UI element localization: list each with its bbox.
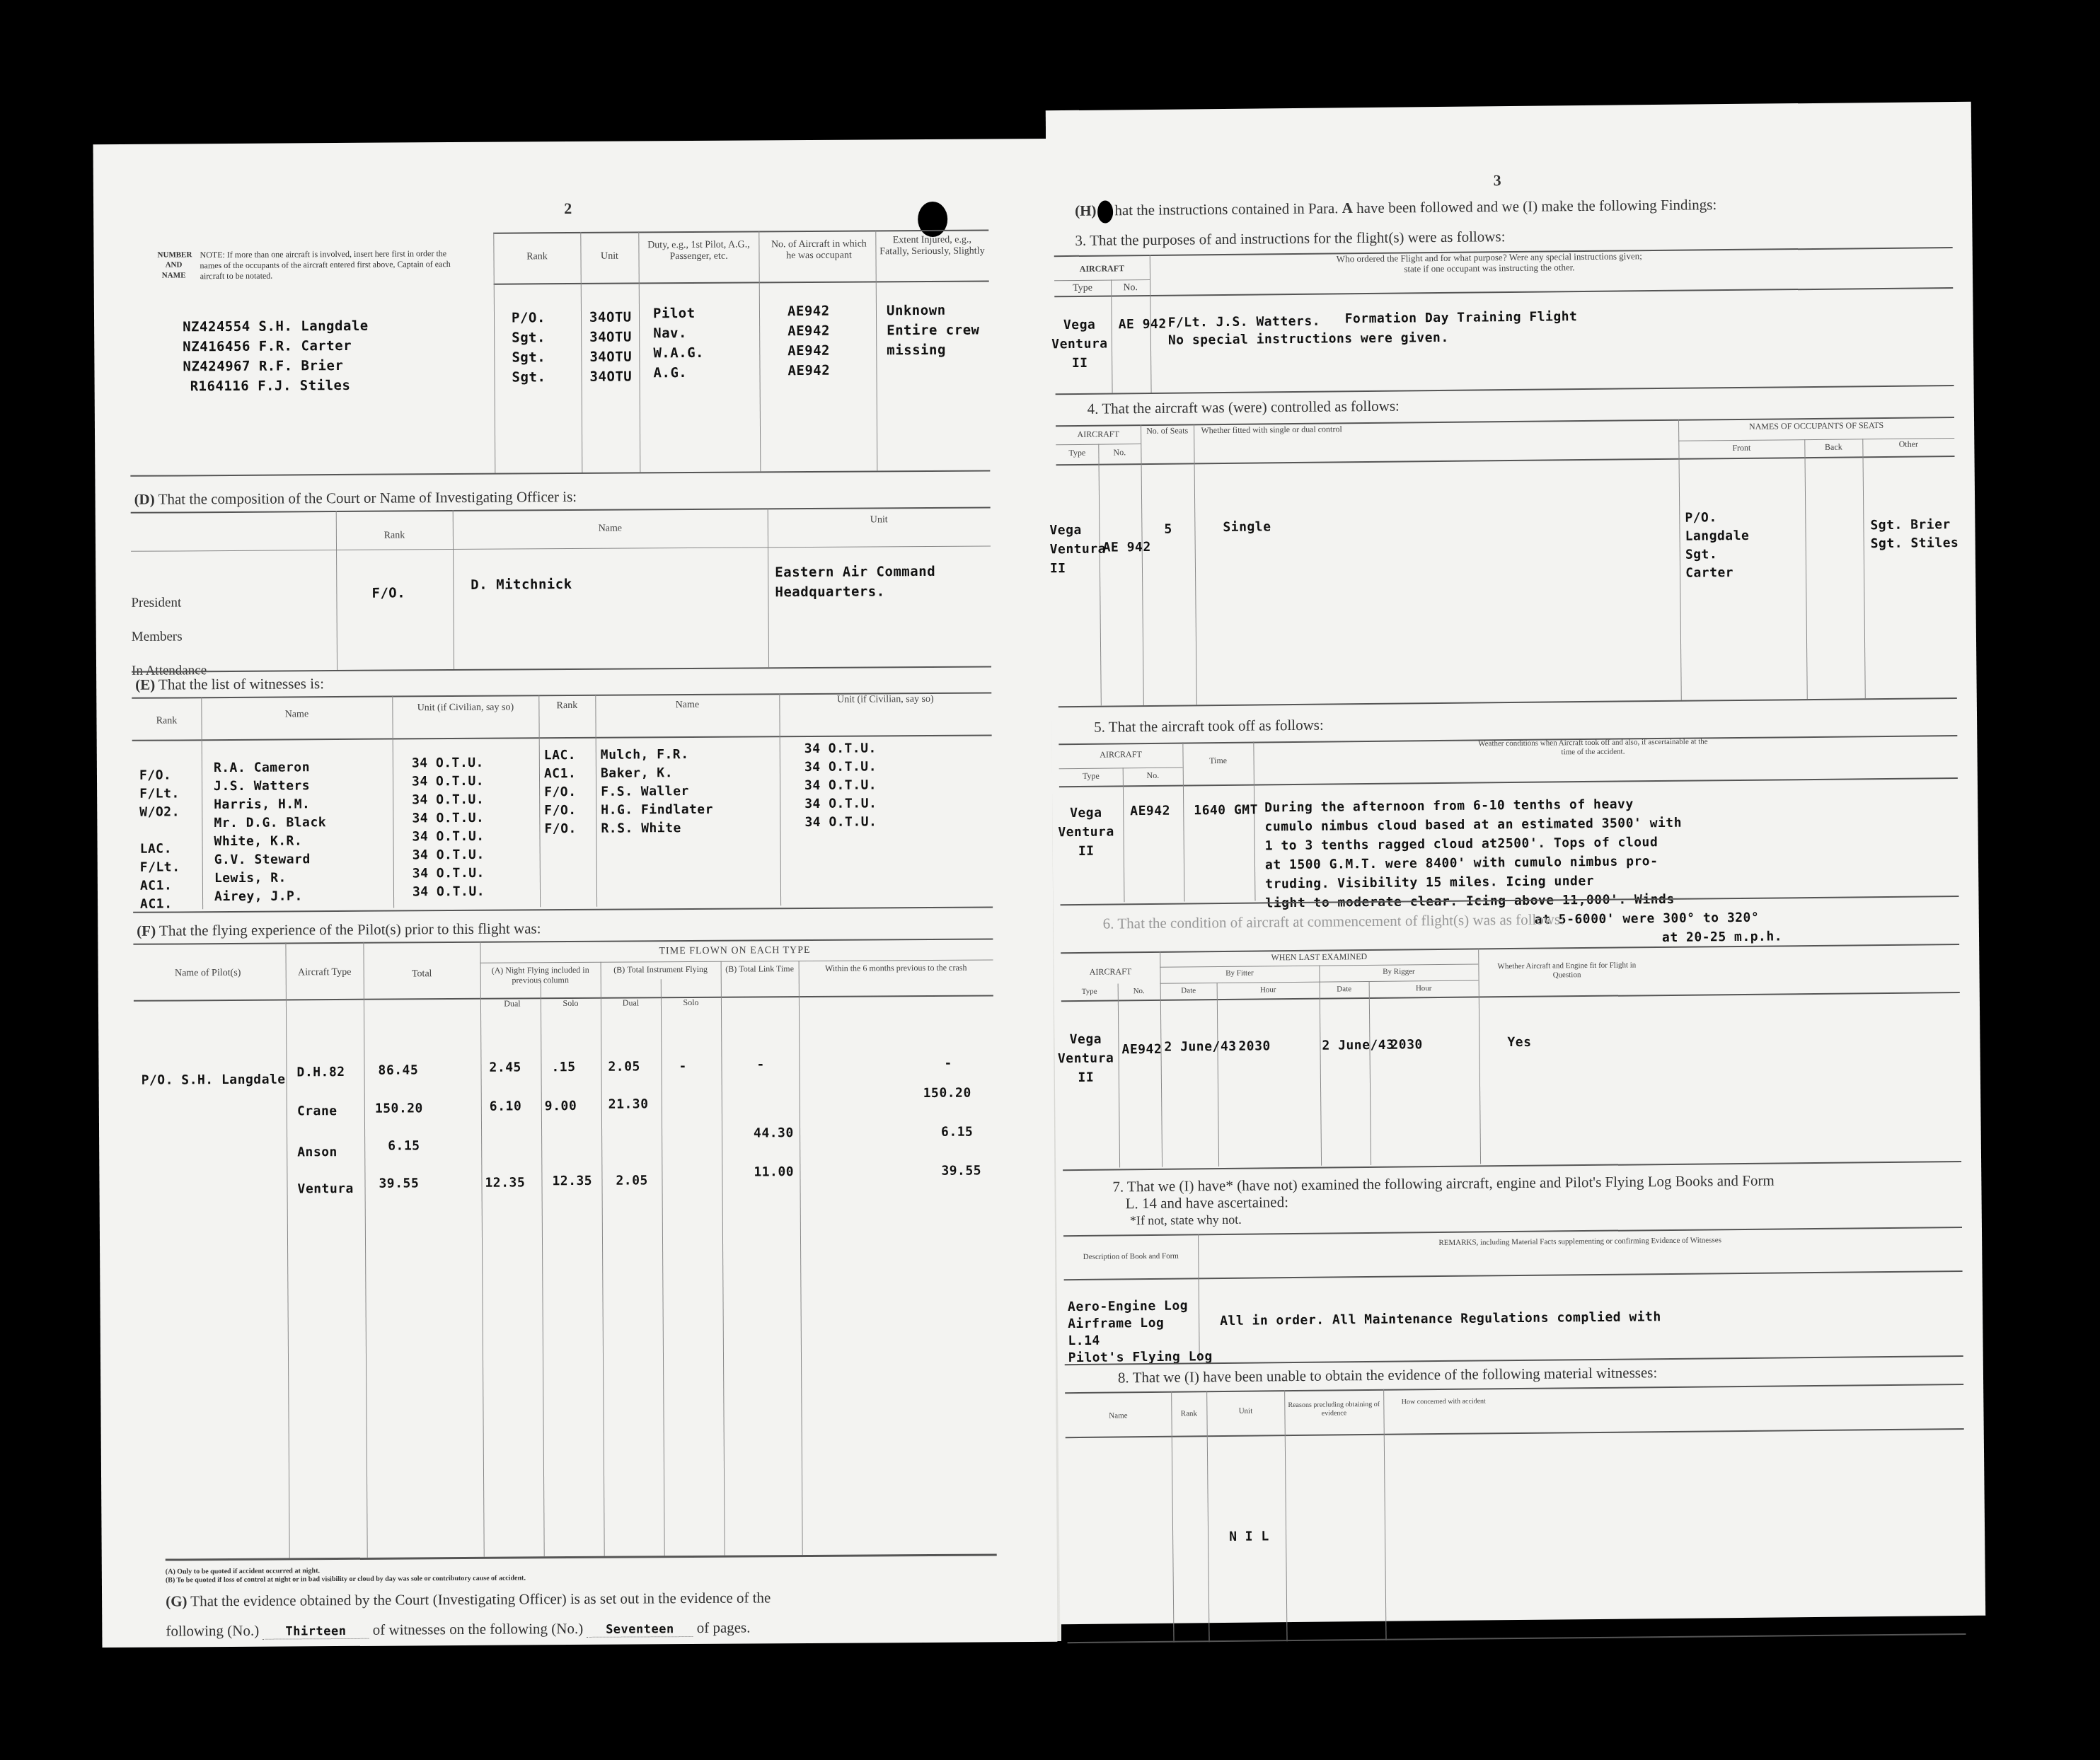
item8-header-reasons: Reasons precluding obtaining of evidence — [1284, 1401, 1383, 1418]
witness-rank — [139, 821, 180, 840]
e-header-name-2: Name — [595, 699, 779, 712]
witness-unit: 34 O.T.U. — [412, 754, 484, 773]
front-occupant-line: Sgt. — [1685, 545, 1750, 565]
f-header-six-months: Within the 6 months previous to the cras… — [802, 963, 990, 973]
item5-header-no: No. — [1123, 771, 1183, 782]
item-5-heading: 5. That the aircraft took off as follows… — [1094, 717, 1324, 736]
f-six-months: 150.20 — [923, 1084, 971, 1103]
item3-header-type: Type — [1054, 282, 1111, 294]
f-six-months: - — [944, 1054, 952, 1073]
footnote-b: (B) To be quoted if loss of control at n… — [166, 1574, 526, 1585]
number-and-name-label: NUMBER AND NAME — [157, 250, 190, 280]
d-row-labels: President Members In Attendance — [131, 586, 207, 688]
item-3-heading: 3. That the purposes of and instructions… — [1075, 228, 1505, 250]
witness-names-right: Mulch, F.R. Baker, K. F.S. Waller H.G. F… — [601, 746, 714, 838]
witness-name: White, K.R. — [214, 832, 326, 851]
witness-rank: LAC. — [140, 840, 180, 858]
item4-header-no: No. — [1098, 448, 1141, 458]
witness-rank: AC1. — [140, 876, 180, 895]
witness-rank: LAC. — [544, 746, 577, 765]
d-label-president: President — [131, 586, 206, 620]
occupant-front: P/O. Langdale Sgt. Carter — [1685, 509, 1750, 583]
crew-unit: 34OTU — [589, 347, 632, 366]
f-night-solo: .15 — [551, 1058, 575, 1077]
crew-number-name: NZ416456 F.R. Carter — [183, 335, 480, 357]
item8-header-rank: Rank — [1171, 1409, 1206, 1418]
item-4-heading: 4. That the aircraft was (were) controll… — [1087, 398, 1400, 418]
ink-blot — [1097, 200, 1113, 223]
occupant-other: Sgt. Brier Sgt. Stiles — [1870, 516, 1958, 553]
crew-injuries: Unknown Entire crew missing — [887, 300, 980, 360]
crew-aircraft-no: AE942 — [787, 301, 830, 321]
f-footnotes: (A) Only to be quoted if accident occurr… — [166, 1565, 526, 1585]
f-link: 44.30 — [754, 1123, 794, 1142]
f-total: 6.15 — [388, 1136, 420, 1155]
occupant-back-header: Back — [1804, 442, 1862, 453]
occupants-header: NAMES OF OCCUPANTS OF SEATS — [1678, 420, 1954, 433]
fitter-hour: 2030 — [1238, 1036, 1271, 1055]
rigger-hour: 2030 — [1390, 1035, 1423, 1054]
crew-number-name: NZ424554 S.H. Langdale — [183, 315, 480, 337]
f-type: D.H.82 — [296, 1063, 345, 1082]
other-occupant-line: Sgt. Stiles — [1871, 534, 1959, 553]
f-header-pilot: Name of Pilot(s) — [162, 968, 254, 980]
f-pilot-name: P/O. S.H. Langdale — [142, 1070, 286, 1090]
item6-aircraft-number: AE942 — [1121, 1040, 1162, 1060]
witness-rank: F/O. — [544, 801, 577, 820]
item7-books: Aero-Engine Log Airframe Log L.14 Pilot'… — [1068, 1297, 1213, 1367]
book-entry: L.14 — [1068, 1331, 1212, 1350]
witness-unit: 34 O.T.U. — [412, 828, 484, 847]
item4-header-type: Type — [1056, 448, 1098, 458]
witness-unit: 34 O.T.U. — [412, 791, 484, 810]
crew-rank: Sgt. — [512, 347, 546, 367]
crew-names: NZ424554 S.H. Langdale NZ416456 F.R. Car… — [183, 315, 480, 397]
item6-header-type: Type — [1061, 987, 1118, 996]
witness-unit: 34 O.T.U. — [804, 813, 877, 832]
item3-aircraft-type: Vega Ventura II — [1048, 315, 1112, 373]
f-sub-solo: Solo — [541, 999, 601, 1009]
crew-aircraft: AE942 AE942 AE942 AE942 — [787, 301, 830, 381]
item5-header-type: Type — [1059, 771, 1123, 782]
item8-header-unit: Unit — [1206, 1406, 1284, 1416]
crew-header-injury: Extent Injured, e.g., Fatally, Seriously… — [879, 234, 985, 257]
last-examined-header: WHEN LAST EXAMINED — [1160, 951, 1478, 964]
item3-instructions: No special instructions were given. — [1168, 328, 1449, 350]
item6-aircraft-type: Vega Ventura II — [1054, 1029, 1117, 1087]
witness-name: J.S. Watters — [214, 777, 326, 796]
f-six-months: 6.15 — [941, 1123, 974, 1142]
book-entry: Airframe Log — [1068, 1314, 1212, 1333]
crew-duty: Nav. — [653, 323, 704, 343]
front-occupant-line: P/O. — [1685, 509, 1749, 528]
section-g-line-1: (G) That the evidence obtained by the Co… — [166, 1587, 1000, 1610]
witness-rank: F/O. — [544, 820, 577, 838]
f-header-instrument: (B) Total Instrument Flying — [604, 965, 717, 975]
f-total: 39.55 — [379, 1174, 419, 1193]
witness-rank: F/Lt. — [140, 858, 180, 876]
time-flown-header: TIME FLOWN ON EACH TYPE — [480, 944, 989, 958]
page-number: 3 — [1494, 171, 1501, 190]
f-instr-solo: - — [679, 1057, 687, 1076]
f-sub-dual-2: Dual — [601, 998, 661, 1008]
other-occupant-line: Sgt. Brier — [1870, 516, 1958, 535]
crew-unit: 34OTU — [589, 366, 632, 386]
item5-header-weather: Weather conditions when Aircraft took of… — [1476, 737, 1709, 757]
witness-ranks-right: LAC. AC1. F/O. F/O. F/O. — [544, 746, 577, 838]
section-f-heading: (F) That the flying experience of the Pi… — [137, 920, 541, 939]
item4-aircraft-type: Vega Ventura II — [1049, 521, 1100, 579]
d-header-rank: Rank — [336, 530, 453, 542]
witness-unit: 34 O.T.U. — [412, 809, 484, 828]
crew-header-duty: Duty, e.g., 1st Pilot, A.G., Passenger, … — [645, 239, 751, 262]
item-7-heading: 7. That we (I) have* (have not) examined… — [1112, 1172, 1775, 1229]
witness-name: Harris, H.M. — [214, 795, 326, 814]
f-sub-dual: Dual — [484, 999, 541, 1009]
f-total: 150.20 — [375, 1099, 423, 1118]
crew-ranks: P/O. Sgt. Sgt. Sgt. — [512, 308, 546, 387]
item5-takeoff-time: 1640 GMT — [1194, 800, 1258, 820]
f-header-total: Total — [367, 968, 477, 980]
witness-name: Airey, J.P. — [214, 887, 327, 906]
crew-injury: missing — [887, 340, 980, 360]
item6-aircraft-header: AIRCRAFT — [1061, 967, 1160, 978]
item4-aircraft-number: AE 942 — [1103, 538, 1151, 557]
item4-header-control: Whether fitted with single or dual contr… — [1201, 424, 1342, 436]
f-night-solo: 9.00 — [545, 1096, 577, 1116]
crew-unit: 34OTU — [589, 307, 632, 327]
witness-name: Baker, K. — [601, 764, 713, 783]
witness-ranks-left: F/O. F/Lt. W/O2. LAC. F/Lt. AC1. AC1. — [139, 766, 180, 913]
e-header-rank-2: Rank — [538, 700, 595, 712]
f-night-dual: 12.35 — [485, 1173, 525, 1192]
item6-header-rigger-date: Date — [1320, 985, 1369, 994]
f-link: - — [756, 1055, 765, 1074]
witness-unit: 34 O.T.U. — [804, 776, 877, 795]
item8-header-how-concerned: How concerned with accident — [1383, 1397, 1504, 1406]
witness-rank: AC1. — [544, 765, 577, 783]
f-total: 86.45 — [378, 1060, 418, 1079]
witness-name: G.V. Steward — [214, 850, 327, 869]
aircraft-fit-value: Yes — [1507, 1033, 1531, 1052]
f-instr-dual: 21.30 — [608, 1094, 649, 1113]
item8-header-name: Name — [1065, 1411, 1171, 1421]
crew-number-name: NZ424967 R.F. Brier — [183, 355, 480, 377]
fitter-date: 2 June/43 — [1164, 1037, 1236, 1057]
item6-header-fitter-hour: Hour — [1217, 985, 1320, 995]
left-page: 2 NUMBER AND NAME NOTE: If more than one… — [93, 139, 1058, 1648]
witness-rank: F/O. — [139, 766, 180, 785]
item6-header-rigger-hour: Hour — [1369, 984, 1479, 994]
page-count: Seventeen — [587, 1622, 693, 1638]
crew-injury: Entire crew — [887, 320, 980, 340]
by-rigger-header: By Rigger — [1319, 967, 1478, 978]
f-instr-dual: 2.05 — [608, 1057, 640, 1076]
e-header-name: Name — [201, 709, 392, 722]
crew-aircraft-no: AE942 — [787, 361, 830, 381]
f-six-months: 39.55 — [941, 1162, 981, 1181]
rigger-date: 2 June/43 — [1322, 1036, 1394, 1055]
f-type: Crane — [297, 1101, 337, 1121]
crew-rank: Sgt. — [512, 367, 546, 387]
witness-name: Lewis, R. — [214, 869, 327, 888]
crew-header-unit: Unit — [580, 250, 638, 262]
witness-name: Mr. D.G. Black — [214, 814, 326, 833]
witness-units-right: 34 O.T.U. 34 O.T.U. 34 O.T.U. 34 O.T.U. … — [804, 739, 877, 832]
item7-header-remarks: REMARKS, including Material Facts supple… — [1205, 1234, 1955, 1250]
witness-name: R.S. White — [601, 819, 713, 838]
crew-header-aircraft: No. of Aircraft in which he was occupant — [766, 238, 872, 262]
witness-name: H.G. Findlater — [601, 801, 713, 820]
crew-aircraft-no: AE942 — [787, 341, 830, 361]
item3-aircraft-header: AIRCRAFT — [1054, 264, 1150, 274]
item7-header-book: Description of Book and Form — [1067, 1251, 1194, 1261]
item4-aircraft-header: AIRCRAFT — [1056, 429, 1141, 440]
page-number: 2 — [564, 199, 572, 218]
witness-unit: 34 O.T.U. — [804, 758, 877, 777]
item6-header-fitter-date: Date — [1160, 986, 1217, 995]
item4-control: Single — [1223, 517, 1271, 537]
item3-aircraft-number: AE 942 — [1119, 315, 1167, 335]
crew-units: 34OTU 34OTU 34OTU 34OTU — [589, 307, 632, 386]
item7-remarks: All in order. All Maintenance Regulation… — [1220, 1307, 1661, 1331]
item-8-heading: 8. That we (I) have been unable to obtai… — [1118, 1364, 1658, 1386]
book-entry: Aero-Engine Log — [1068, 1297, 1212, 1316]
crew-note: NOTE: If more than one aircraft is invol… — [200, 248, 454, 282]
f-header-link: (B) Total Link Time — [725, 964, 795, 974]
front-occupant-line: Langdale — [1685, 527, 1749, 546]
right-page: 3 (H)hat the instructions contained in P… — [1046, 102, 1985, 1624]
crew-number-name: R164116 F.J. Stiles — [183, 375, 480, 397]
crew-duties: Pilot Nav. W.A.G. A.G. — [653, 303, 704, 383]
front-occupant-line: Carter — [1685, 564, 1750, 583]
witness-unit: 34 O.T.U. — [412, 883, 485, 902]
witness-unit: 34 O.T.U. — [804, 794, 877, 814]
crew-aircraft-no: AE942 — [787, 321, 830, 341]
witness-name: F.S. Waller — [601, 782, 713, 801]
witness-rank: F/Lt. — [139, 785, 180, 803]
item8-nil: N I L — [1229, 1527, 1269, 1546]
crew-rank: P/O. — [512, 308, 546, 328]
f-night-dual: 2.45 — [489, 1058, 521, 1077]
witness-name: Mulch, F.R. — [601, 746, 713, 765]
witness-rank: W/O2. — [139, 803, 180, 821]
item5-aircraft-number: AE942 — [1130, 801, 1170, 821]
item3-purpose: Formation Day Training Flight — [1344, 307, 1577, 328]
witness-units-left: 34 O.T.U. 34 O.T.U. 34 O.T.U. 34 O.T.U. … — [412, 754, 485, 902]
witness-unit: 34 O.T.U. — [412, 846, 485, 865]
witness-rank: F/O. — [544, 783, 577, 801]
occupant-front-header: Front — [1678, 443, 1804, 454]
f-link: 11.00 — [754, 1162, 794, 1181]
item6-header-fit: Whether Aircraft and Engine fit for Flig… — [1485, 961, 1648, 980]
by-fitter-header: By Fitter — [1160, 968, 1319, 979]
e-header-rank: Rank — [132, 715, 201, 727]
witness-count: Thirteen — [262, 1624, 369, 1640]
d-label-members: Members — [132, 620, 207, 654]
president-rank: F/O. — [371, 583, 405, 603]
occupant-other-header: Other — [1862, 439, 1954, 450]
ink-blot — [918, 202, 947, 237]
crew-injury: Unknown — [887, 300, 980, 320]
item3-question-header: Who ordered the Flight and for what purp… — [1330, 251, 1649, 275]
crew-unit: 34OTU — [589, 327, 632, 347]
item5-header-time: Time — [1183, 756, 1254, 767]
f-instr-dual: 2.05 — [616, 1171, 648, 1190]
crew-rank: Sgt. — [512, 328, 546, 347]
f-type: Anson — [297, 1142, 337, 1162]
item5-aircraft-type: Vega Ventura II — [1052, 803, 1120, 861]
witness-unit: 34 O.T.U. — [804, 739, 877, 758]
item6-header-no: No. — [1118, 987, 1160, 996]
item4-seats: 5 — [1164, 520, 1172, 539]
section-e-heading: (E) That the list of witnesses is: — [135, 675, 324, 694]
section-d-heading: (D) That the composition of the Court or… — [134, 488, 577, 509]
witness-name: R.A. Cameron — [214, 758, 326, 777]
f-header-night: (A) Night Flying included in previous co… — [484, 966, 597, 986]
president-unit: Eastern Air Command Headquarters. — [775, 561, 987, 602]
president-name: D. Mitchnick — [471, 574, 572, 595]
section-h-heading: (H)hat the instructions contained in Par… — [1075, 195, 1717, 224]
item4-header-seats: No. of Seats — [1141, 426, 1194, 436]
crew-duty: Pilot — [653, 303, 704, 323]
f-night-dual: 6.10 — [490, 1096, 522, 1116]
f-night-solo: 12.35 — [552, 1171, 592, 1191]
crew-duty: W.A.G. — [653, 343, 704, 363]
d-header-name: Name — [453, 522, 768, 535]
witness-names-left: R.A. Cameron J.S. Watters Harris, H.M. M… — [214, 758, 327, 906]
witness-unit: 34 O.T.U. — [412, 772, 484, 792]
section-g-line-2: following (No.) Thirteen of witnesses on… — [166, 1617, 1000, 1640]
f-header-aircraft-type: Aircraft Type — [289, 967, 360, 979]
e-header-unit-2: Unit (if Civilian, say so) — [779, 693, 991, 706]
d-header-unit: Unit — [768, 514, 991, 526]
crew-duty: A.G. — [653, 363, 704, 383]
f-type: Ventura — [297, 1179, 354, 1198]
crew-header-rank: Rank — [493, 251, 580, 263]
item5-aircraft-header: AIRCRAFT — [1058, 750, 1182, 760]
witness-unit: 34 O.T.U. — [412, 864, 485, 884]
e-header-unit: Unit (if Civilian, say so) — [392, 702, 538, 714]
f-sub-solo-2: Solo — [661, 998, 721, 1008]
item3-header-no: No. — [1111, 282, 1150, 294]
